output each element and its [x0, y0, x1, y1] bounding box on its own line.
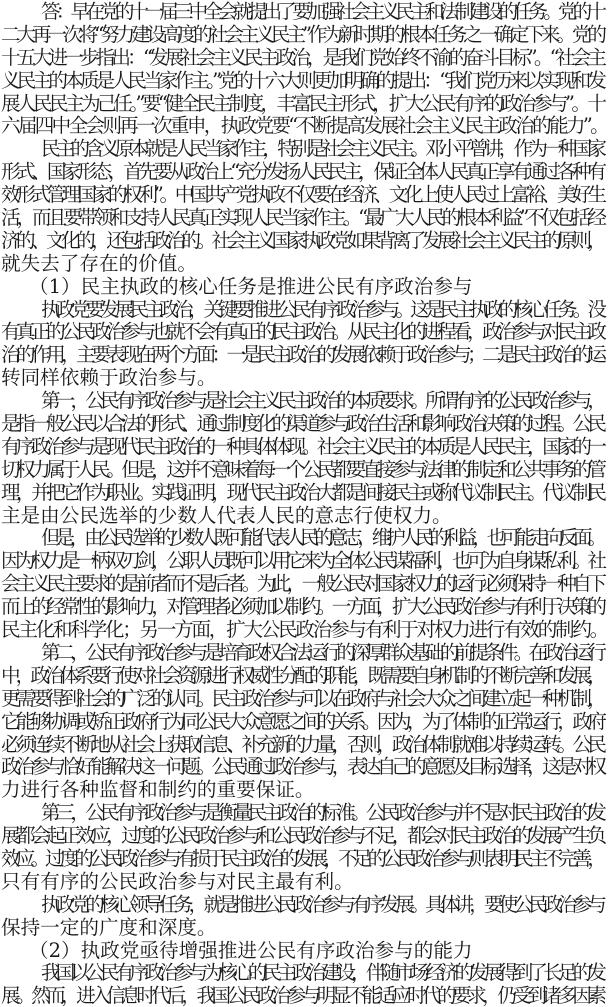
text-line: 就失去了存在的价值。	[1, 253, 607, 276]
section-heading: （1）民主执政的核心任务是推进公民有序政治参与	[1, 276, 607, 299]
text-line: 政治参与恰好能解决这一问题。公民通过政治参与，表达自己的意愿及目标选择，这是对权	[1, 756, 607, 779]
text-line: 执政党的核心领导任务，就是推进公民政治参与有序发展。具体讲，要使公民政治参与	[1, 894, 607, 917]
text-line: 更需要得到社会的广泛的认同。民主政治参与可以在政府与社会大众之间建立起一种机制，	[1, 688, 607, 711]
text-line: 必须连续不断地从社会上获取信息、补充新的力量，否则，政治体制就难以持续运转。公民	[1, 734, 607, 757]
text-line: 十五大进一步指出：“发展社会主义民主政治，是我们党始终不渝的奋斗目标”。“社会主	[1, 47, 607, 70]
text-line: 因为权力是一柄双刃剑，公职人员既可以用它来为全体公民谋福利，也可为自身谋私利。社	[1, 550, 607, 573]
document-page: 答：早在党的十一届三中全会就提出了要加强社会主义民主和法制建设的任务。党的十二大…	[1, 1, 607, 1007]
text-line: 六届四中全会则再一次重申，执政党要“不断提高发展社会主义民主政治的能力”。	[1, 115, 607, 138]
text-line: 我国以公民有序政治参与为核心的民主政治建设，伴随市场经济的发展得到了长足的发	[1, 962, 607, 985]
text-line: 第三，公民有序政治参与是衡量民主政治的标准。公民政治参与并不是对民主政治的发	[1, 802, 607, 825]
text-line: 有真正的公民政治参与也就不会有真正的民主政治。从民主化的进程看，政治参与对民主政	[1, 321, 607, 344]
text-line: 转同样依赖于政治参与。	[1, 367, 607, 390]
text-line: 力进行各种监督和制约的重要保证。	[1, 779, 607, 802]
text-line: 效应。过度的公民政治参与有损于民主政治的发展，不足的公民政治参与则表明民主不完善…	[1, 848, 607, 871]
text-line: 而上的经常性的影响力，对管理者必须加以制约。一方面，扩大公民政治参与有利于决策的	[1, 596, 607, 619]
text-line: 它能够协调或矫正政府行为同公民大众意愿之间的关系。因为，为了体制的正常运行，政府	[1, 711, 607, 734]
text-line: 展都会起正效应，过度的公民政治参与和公民政治参与不足，都会对民主政治的发展产生负	[1, 825, 607, 848]
text-line: 中，政治体系要行使对社会资源进行权威性分配的职能，既需要自身机制的不断完善和发展…	[1, 665, 607, 688]
text-line: 展人民民主为己任。”要“健全民主制度，丰富民主形式，扩大公民有序的政治参与”。十	[1, 93, 607, 116]
text-line: 保持一定的广度和深度。	[1, 917, 607, 940]
text-line: 效形式管理国家的权利”。中国共产党执政不仅要在经济、文化上使人民过上富裕、美好生	[1, 184, 607, 207]
text-line: 第二，公民有序政治参与是培育政权合法运行的深厚群众基础的前提条件。在政治运行	[1, 642, 607, 665]
text-line: 理，并把它作为职业。实践证明，现代民主政治大都是间接民主或称代议制民主。代议制民	[1, 482, 607, 505]
text-line: 只有有序的公民政治参与对民主最有利。	[1, 871, 607, 894]
text-line: 答：早在党的十一届三中全会就提出了要加强社会主义民主和法制建设的任务。党的十	[1, 1, 607, 24]
text-line: 是指一般公民以合法的形式、通过制度化的渠道参与政治生活和影响政治决策的过程。公民	[1, 413, 607, 436]
section-heading: （2）执政党亟待增强推进公民有序政治参与的能力	[1, 940, 607, 963]
text-line: 主是由公民选举的少数人代表人民的意志行使权力。	[1, 505, 607, 528]
text-line: 治的作用，主要表现在两个方面：一是民主政治的发展依赖于政治参与；二是民主政治的运	[1, 344, 607, 367]
text-line: 济的、文化的，还包括政治的。社会主义国家执政党如果背离了发展社会主义民主的原则，	[1, 230, 607, 253]
text-line: 执政党要发展民主政治，关键要推进公民有序政治参与。这是民主执政的核心任务。没	[1, 299, 607, 322]
text-line: 有序政治参与是现代民主政治的一种具体体现。社会主义民主的本质是人民民主，国家的一	[1, 436, 607, 459]
text-line: 民主的含义原本就是人民当家作主，特别是社会主义民主。邓小平曾讲，作为一种国家	[1, 138, 607, 161]
text-line: 切权力属于人民。但是，这并不意味着每一个公民都要直接参与法律的制定和公共事务的管	[1, 459, 607, 482]
text-line: 义民主的本质是人民当家作主。”党的十六大则更加明确的提出：“我们党历来以实现和发	[1, 70, 607, 93]
text-line: 但是，由公民选举的少数人既可能代表人民的意志，维护人民的利益，也可能走向反面。	[1, 527, 607, 550]
text-line: 会主义民主要求的是前者而不是后者。为此，一般公民对国家权力的运行必须保持一种自下	[1, 573, 607, 596]
text-line: 形式、国家形态，首先要从政治上“充分发扬人民民主，保证全体人民真正享有通过各种有	[1, 161, 607, 184]
text-line: 展。然而，进入信息时代后，我国公民政治参与明显不能适应时代的要求，仍受到诸多因素	[1, 985, 607, 1007]
text-line: 民主化和科学化；另一方面，扩大公民政治参与有利于对权力进行有效的制约。	[1, 619, 607, 642]
text-line: 第一，公民有序政治参与是社会主义民主政治的本质要求。所谓有序的公民政治参与，	[1, 390, 607, 413]
text-line: 二大再一次将“努力建设高度的社会主义民主”作为新时期的根本任务之一确定下来。党的	[1, 24, 607, 47]
text-line: 活，而且要带领和支持人民真正实现人民当家作主。“最广大人民的根本利益”不仅包括经	[1, 207, 607, 230]
